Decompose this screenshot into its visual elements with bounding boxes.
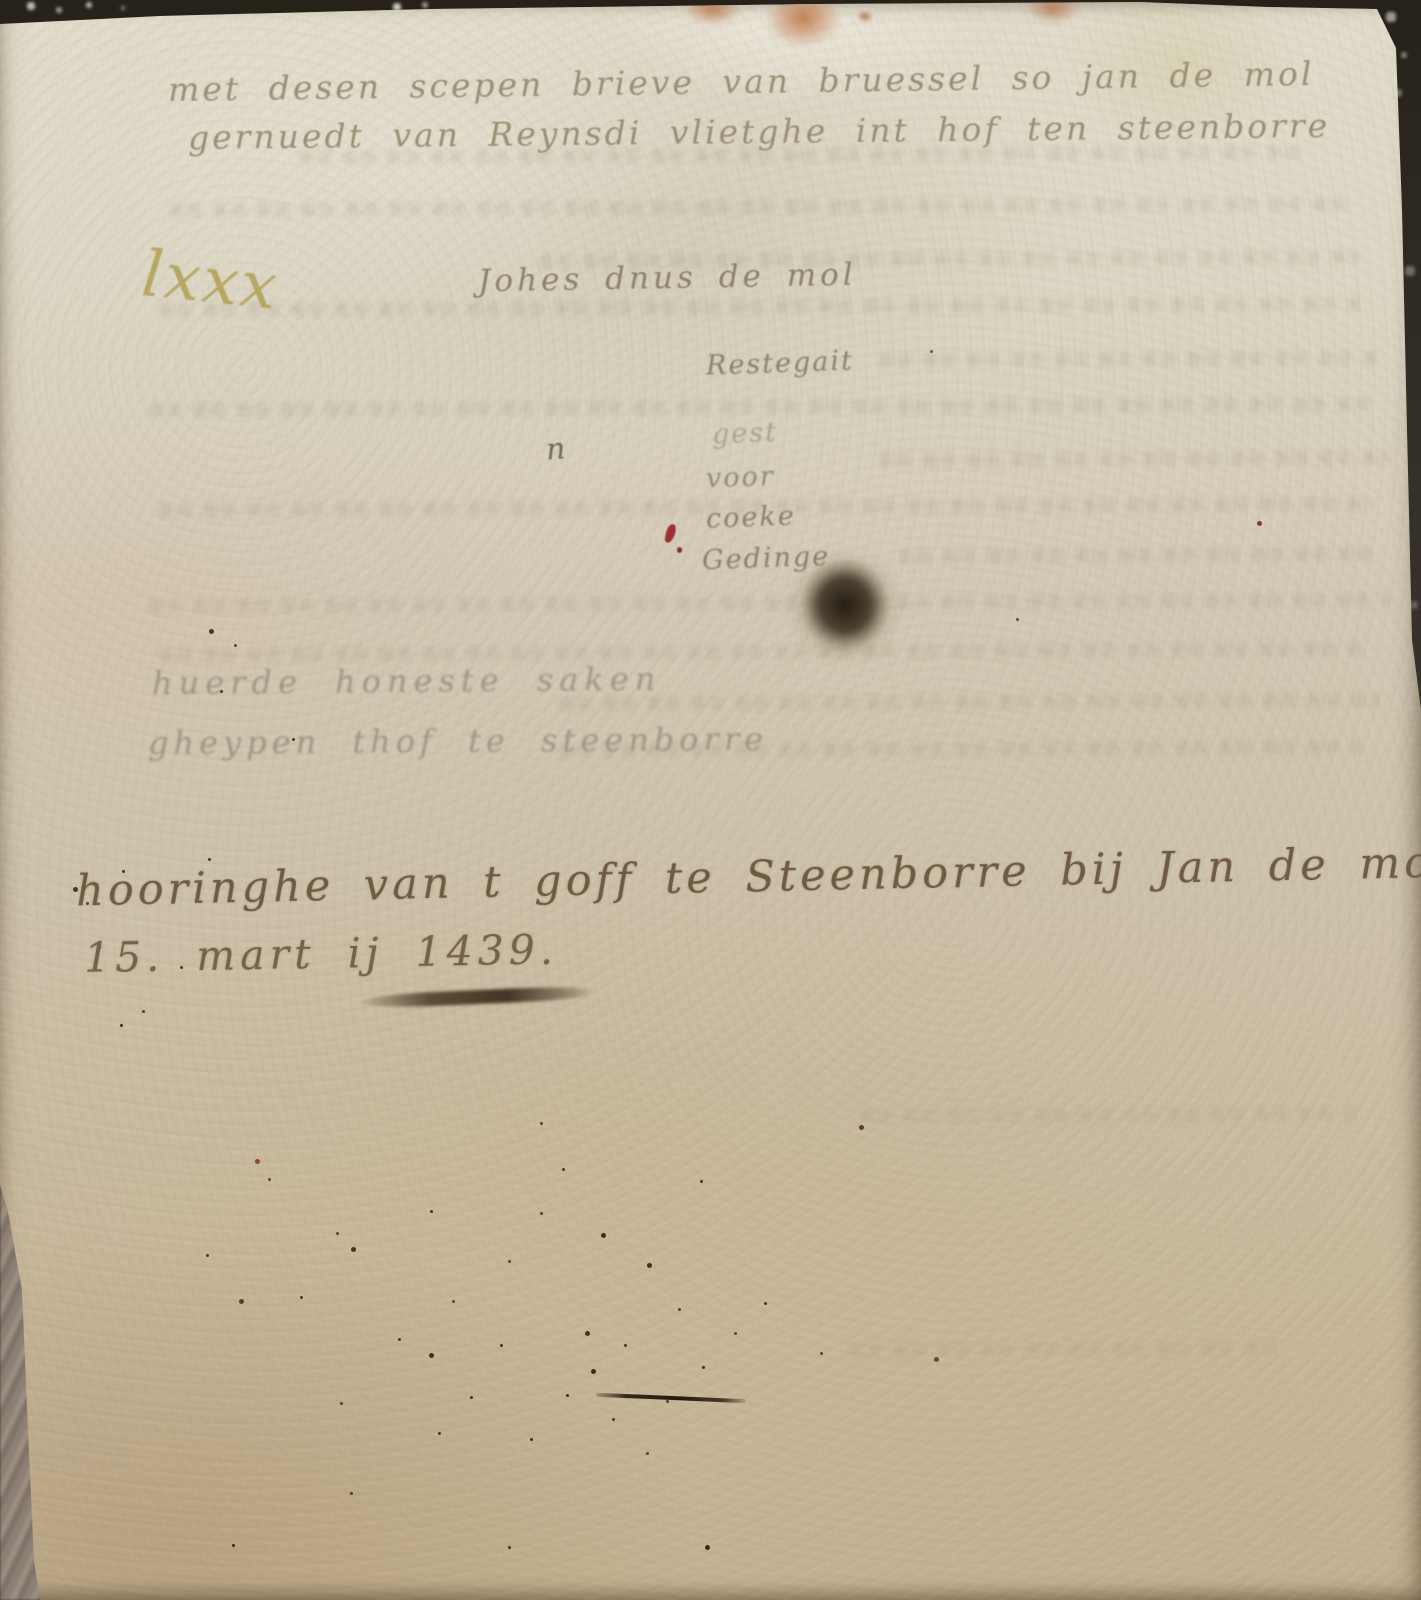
ghost-line [900,547,1380,564]
ghost-line [880,351,1380,368]
column-note: Restegait [706,345,855,381]
date-line: 15. mart ij 1439. [84,926,559,982]
column-note: coeke [705,500,796,534]
name-heading: Johes dnus de mol [478,257,857,300]
parchment-texture [0,0,1421,1600]
column-note: voor [705,461,775,494]
ghost-line [880,451,1390,468]
edge-fibers [0,0,2,2]
margin-letter: n [545,431,567,467]
ghost-line [860,1107,1360,1124]
column-note: gest [711,417,778,450]
faded-note-line-1: huerde honeste saken [152,660,662,702]
ghost-line [850,1341,1280,1357]
red-stain [856,10,874,23]
folio-number-mark: lxxx [139,237,283,325]
manuscript-photo: met desen scepen brieve van bruessel so … [0,0,1421,1600]
red-paragraph-mark [677,547,682,553]
faded-note-line-2: gheypen thof te steenborre [148,720,768,762]
parchment-page: met desen scepen brieve van bruessel so … [0,0,1421,1600]
